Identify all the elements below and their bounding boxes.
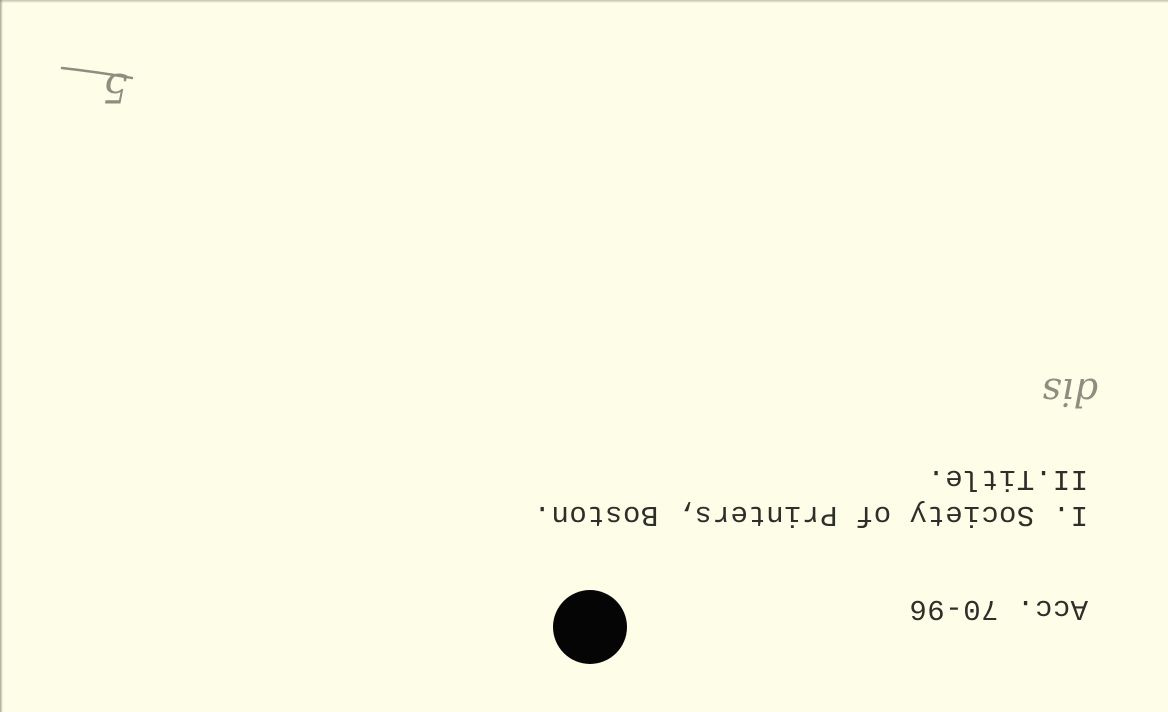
card-edge-shadow	[0, 0, 1168, 3]
pencil-note-dis: dis	[1042, 370, 1098, 414]
accession-number: Acc. 70-96	[909, 592, 1088, 624]
catalog-card: Acc. 70-96 I. Society of Printers, Bosto…	[0, 0, 1168, 712]
punched-hole	[553, 590, 627, 664]
tracing-entry: II.Title.	[927, 462, 1088, 494]
tracing-entry: I. Society of Printers, Boston.	[533, 498, 1088, 530]
pencil-stroke	[58, 64, 138, 84]
card-edge-shadow	[0, 0, 3, 712]
